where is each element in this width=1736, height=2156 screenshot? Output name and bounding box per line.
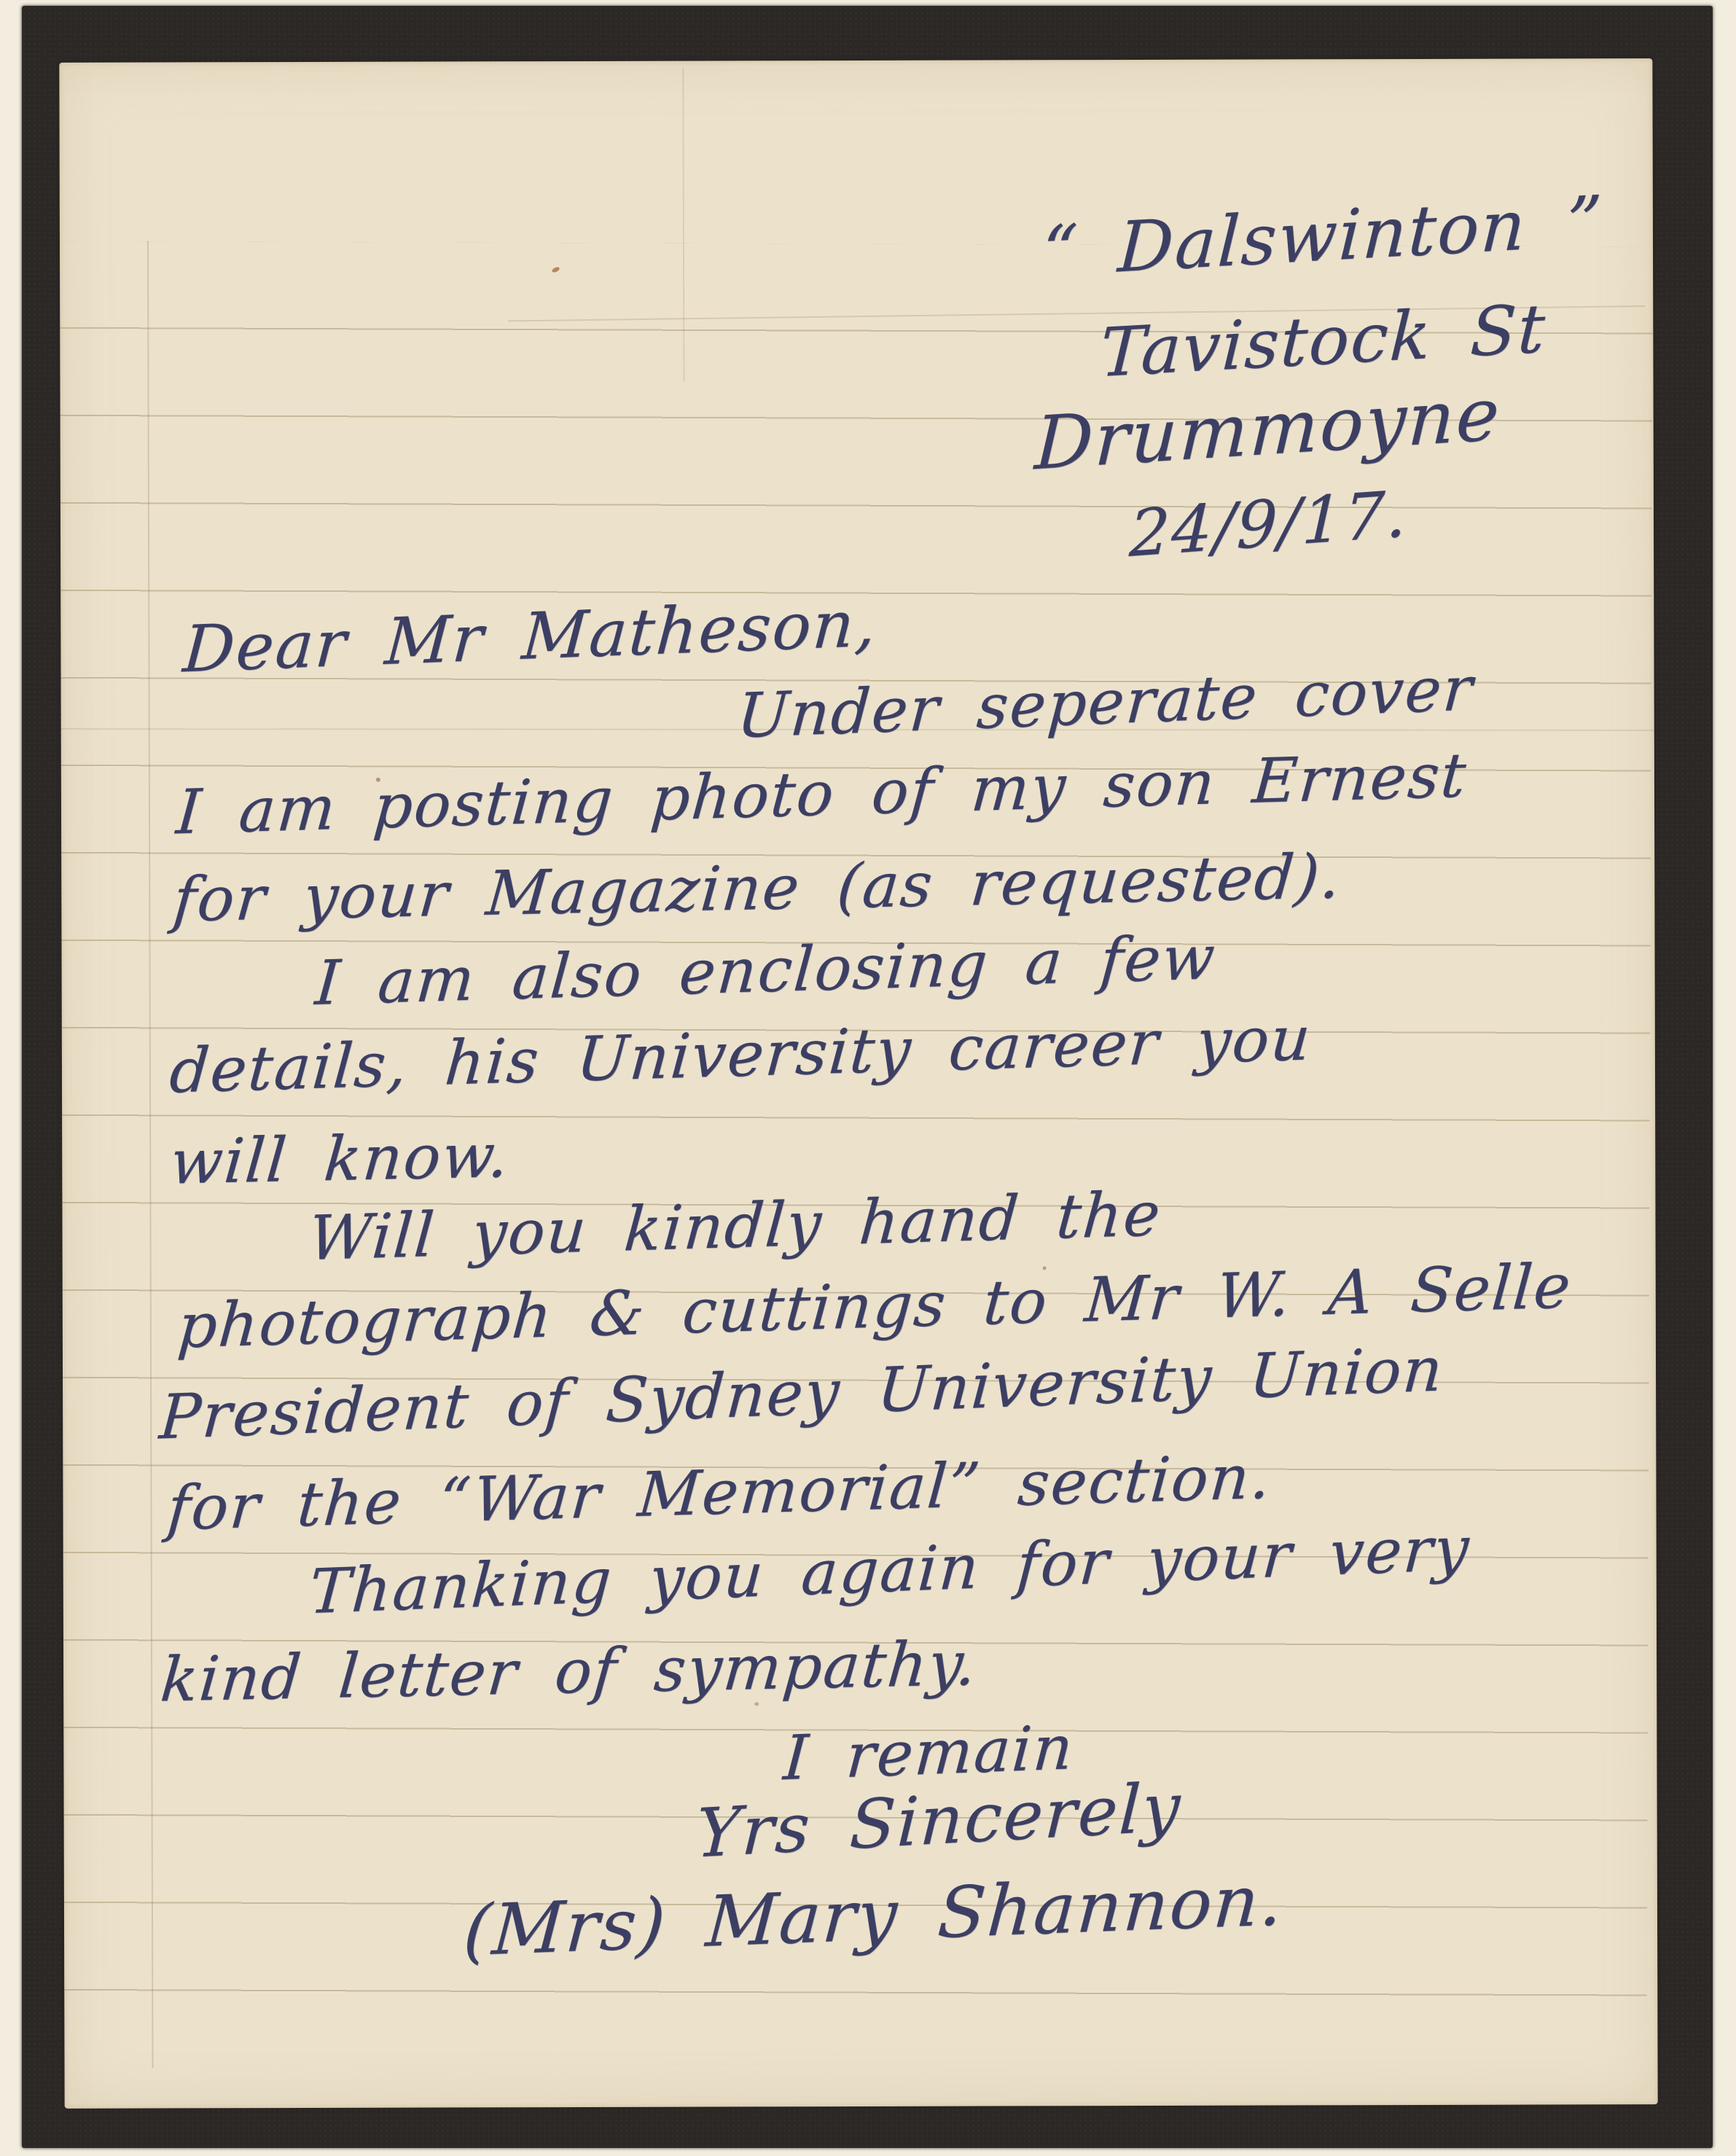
scanned-letter-page: “ Dalswinton ” Tavistock St Drummoyne 24… [0, 0, 1736, 2156]
letter-date: 24/9/17. [1128, 482, 1409, 566]
body-line: kind letter of sympathy. [158, 1633, 980, 1711]
crease-vertical [682, 69, 684, 382]
letter-paper: “ Dalswinton ” Tavistock St Drummoyne 24… [59, 58, 1657, 2109]
body-line: will know. [168, 1125, 512, 1193]
